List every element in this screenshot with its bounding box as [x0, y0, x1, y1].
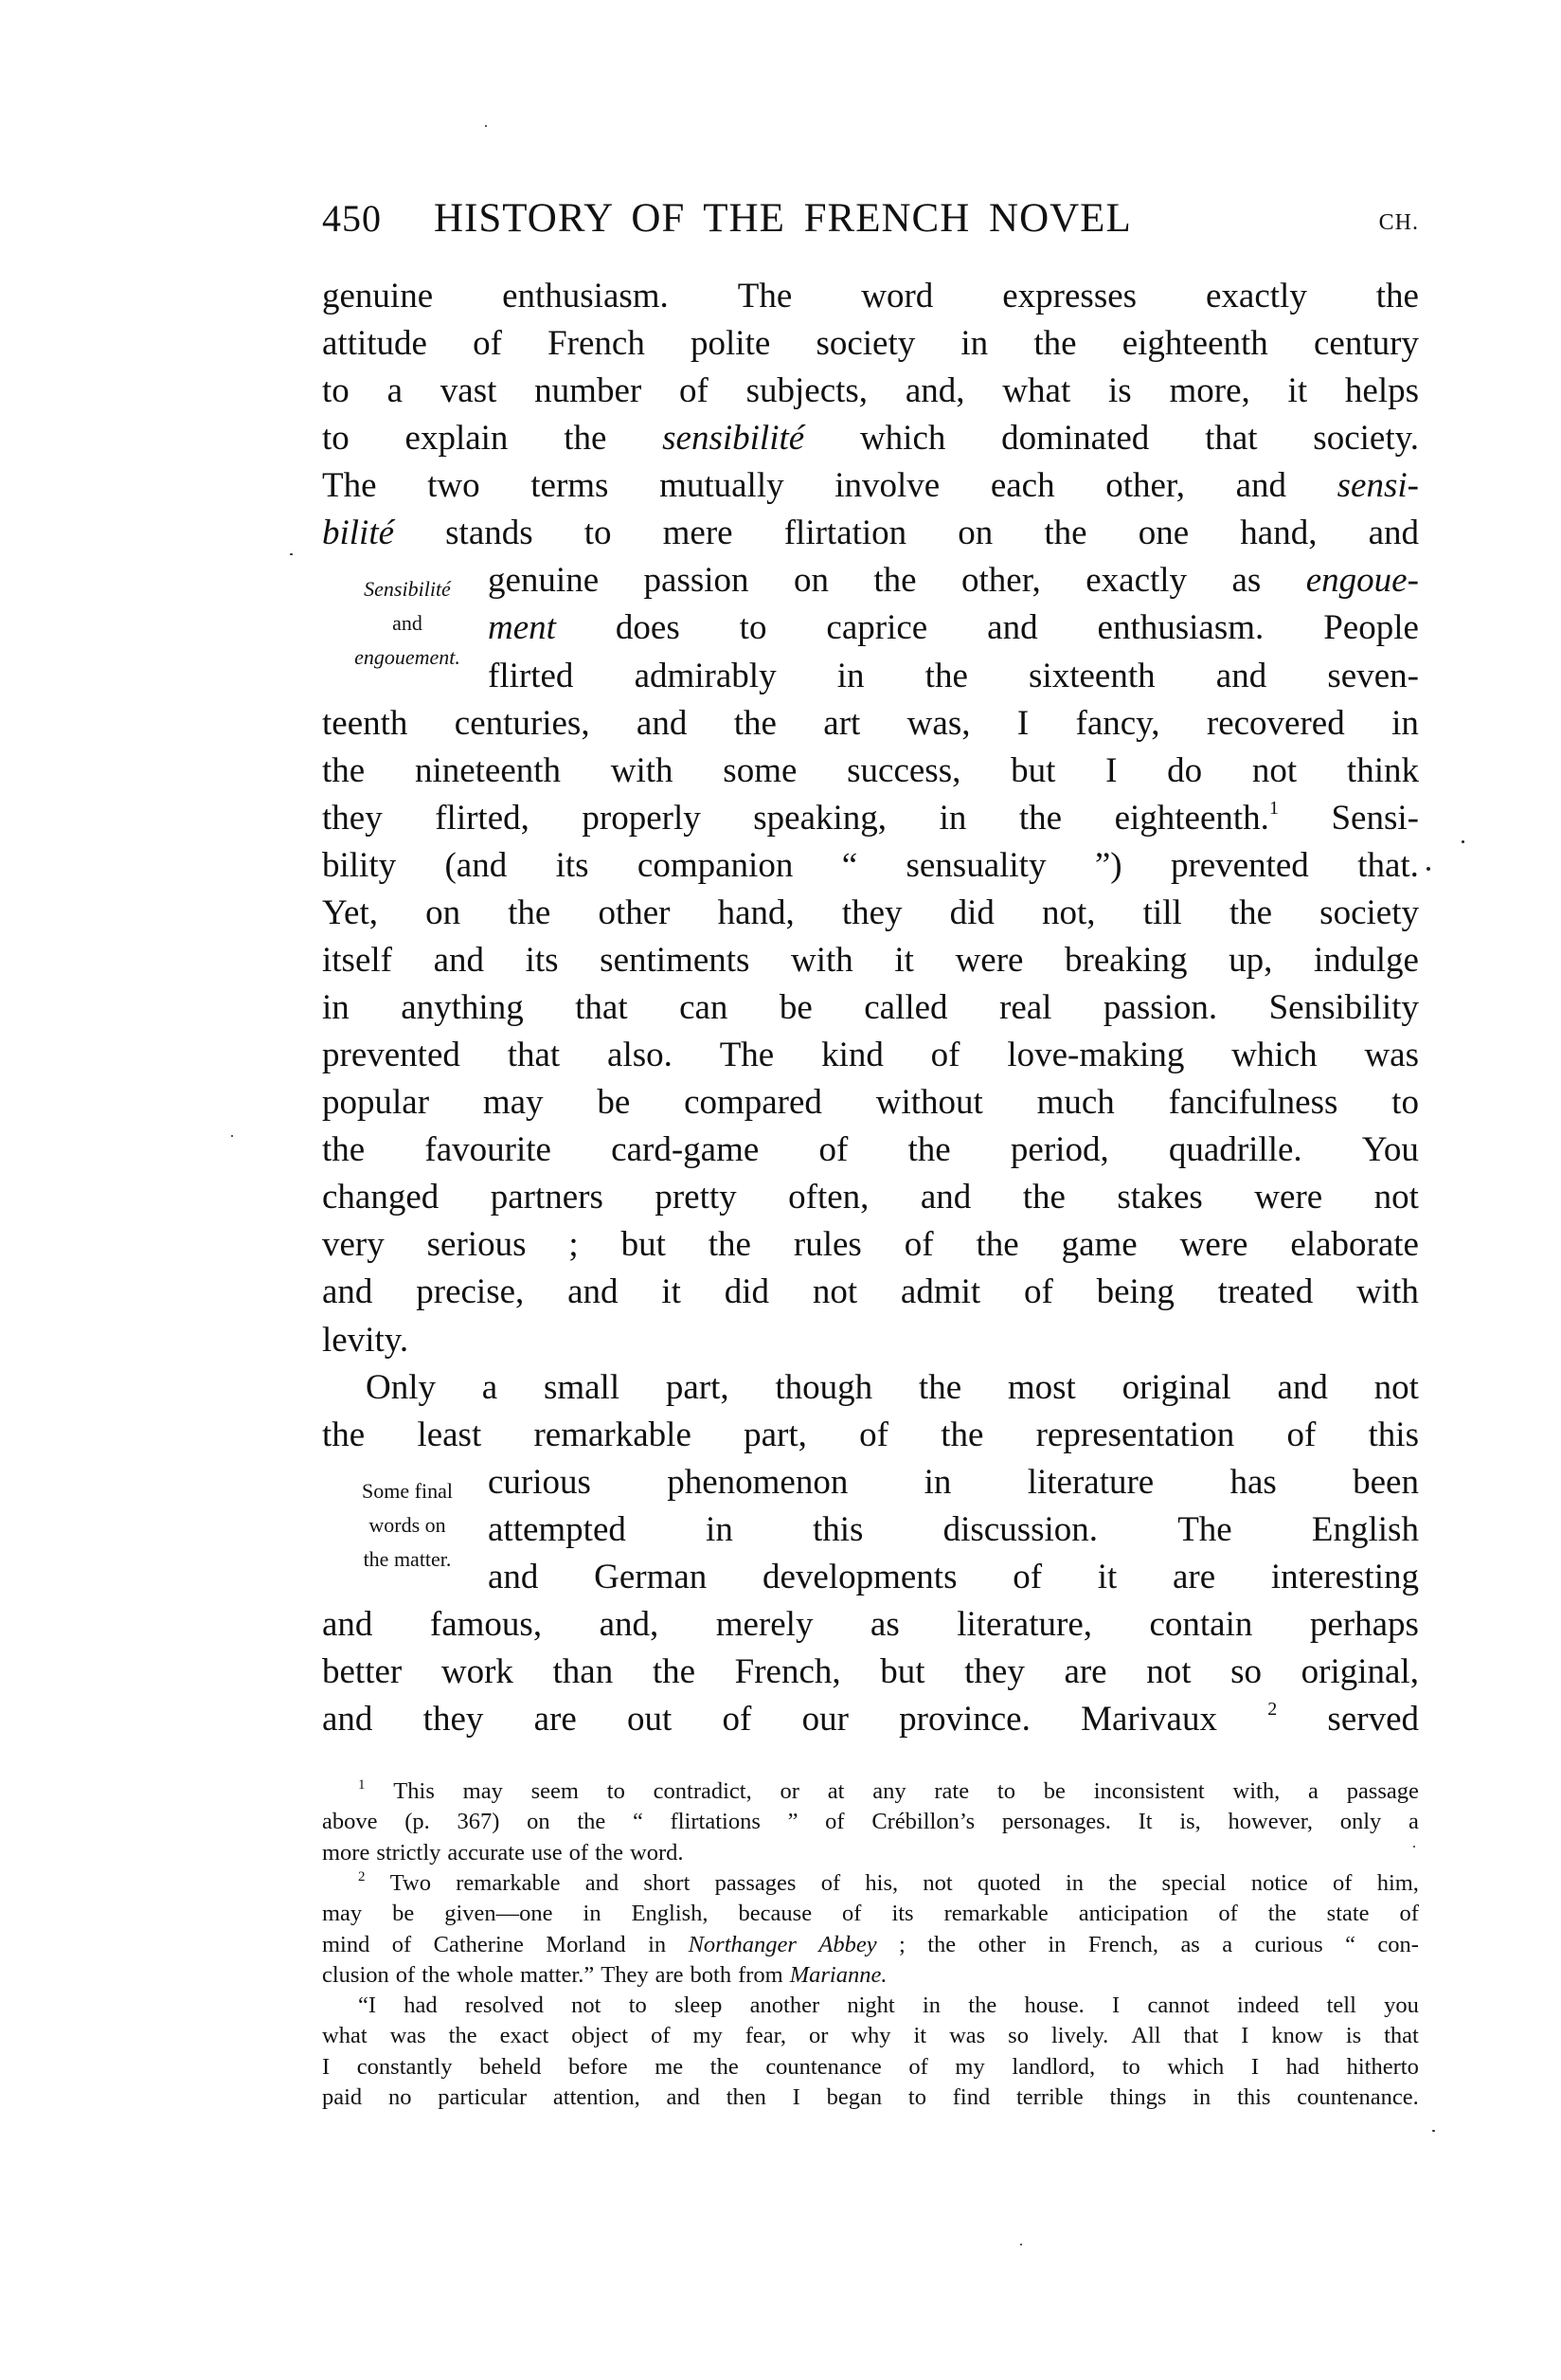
word: and — [667, 2082, 700, 2113]
word: the — [908, 1127, 951, 1174]
word: caprice — [826, 604, 927, 652]
word: properly — [582, 795, 700, 842]
word: and — [585, 1868, 619, 1899]
word: of — [1024, 1269, 1053, 1316]
body-line: theleastremarkablepart,oftherepresentati… — [322, 1412, 1419, 1459]
word: which — [1231, 1032, 1317, 1079]
footnote-reference[interactable]: 1 — [1269, 798, 1279, 819]
word: lively. — [1051, 2021, 1108, 2051]
word: the — [564, 415, 606, 462]
word: above — [322, 1807, 378, 1837]
word: most — [1008, 1364, 1076, 1412]
body-line: itselfanditssentimentswithitwerebreaking… — [322, 937, 1419, 984]
word: what — [1002, 368, 1070, 415]
word: English — [1312, 1506, 1419, 1554]
word: perhaps — [1310, 1601, 1419, 1649]
word: whole — [457, 1960, 513, 1991]
footnote-line: clusionofthewholematter.”Theyarebothfrom… — [322, 1960, 1419, 1991]
word: the — [968, 1991, 996, 2021]
word: mind — [322, 1930, 369, 1960]
margin-note-line: Sensibilité — [327, 572, 488, 606]
word: number — [534, 368, 641, 415]
word: admit — [901, 1269, 980, 1316]
word: fancifulness — [1169, 1079, 1338, 1127]
word: and — [987, 604, 1037, 652]
word: developments — [763, 1554, 958, 1601]
word: a — [1308, 1776, 1319, 1807]
word: the — [322, 748, 365, 795]
body-line: andprecise,anditdidnotadmitofbeingtreate… — [322, 1269, 1419, 1316]
word: think — [1347, 748, 1419, 795]
word: are — [655, 1960, 684, 1991]
word: in — [837, 653, 865, 700]
margin-note-line: the matter. — [327, 1542, 488, 1577]
word: the — [653, 1649, 695, 1696]
word: be — [392, 1899, 414, 1929]
word: than — [553, 1649, 614, 1696]
word: it — [894, 937, 914, 984]
word: this — [1237, 2082, 1270, 2113]
word: being — [1097, 1269, 1175, 1316]
word: (and — [444, 842, 507, 890]
word: flirted, — [435, 795, 529, 842]
body-line: teenthcenturies,andtheartwas,Ifancy,reco… — [322, 700, 1419, 748]
word: of — [1286, 1412, 1316, 1459]
word: till — [1143, 890, 1182, 937]
word: countenance — [765, 2052, 881, 2082]
word: in — [1391, 700, 1419, 748]
word: that — [1384, 2021, 1419, 2051]
word: Sensibility — [1269, 984, 1419, 1032]
word: be — [780, 984, 813, 1032]
word: The — [1177, 1506, 1232, 1554]
word: indeed — [1237, 1991, 1299, 2021]
word: society. — [1313, 415, 1419, 462]
word: exactly — [1086, 557, 1187, 604]
word: of — [821, 1868, 840, 1899]
word: were — [1254, 1174, 1322, 1221]
word: the — [422, 1960, 450, 1991]
body-line: toexplainthesensibilitéwhichdominatedtha… — [322, 415, 1419, 462]
word: in — [648, 1930, 666, 1960]
word: of — [931, 1032, 960, 1079]
word: card-game — [611, 1127, 759, 1174]
word: and — [567, 1269, 618, 1316]
word: can — [679, 984, 727, 1032]
word: in — [706, 1506, 733, 1554]
word: ” — [788, 1807, 798, 1837]
word: hand, — [718, 890, 795, 937]
body-line: veryserious;buttherulesofthegamewereelab… — [322, 1221, 1419, 1269]
word: to — [584, 510, 612, 557]
body-line: levity. — [322, 1317, 1419, 1364]
word: it — [914, 2021, 927, 2051]
word: the — [941, 1412, 983, 1459]
word: more, — [1169, 368, 1249, 415]
word: of — [396, 1960, 415, 1991]
body-line: toavastnumberofsubjects,and,whatismore,i… — [322, 368, 1419, 415]
word: the — [925, 653, 968, 700]
footnote-line: 1Thismayseemtocontradict,oratanyratetobe… — [358, 1776, 1419, 1807]
word: sensibilité — [662, 415, 804, 462]
word: “ — [842, 842, 857, 890]
word: century — [1314, 320, 1419, 368]
word: of — [1400, 1899, 1419, 1929]
footnote-line: above(p.367)onthe“flirtations”ofCrébillo… — [322, 1807, 1419, 1837]
word: my — [692, 2021, 722, 2051]
word: personages. — [1002, 1807, 1111, 1837]
word: The — [720, 1032, 775, 1079]
word: in — [583, 1899, 601, 1929]
word: representation — [1036, 1412, 1235, 1459]
word: before — [568, 2052, 628, 2082]
word: are — [534, 1696, 577, 1743]
word: me — [655, 2052, 683, 2082]
word: been — [1353, 1459, 1419, 1506]
word: and — [921, 1174, 971, 1221]
word: matter.” — [520, 1960, 594, 1991]
word: out — [627, 1696, 672, 1743]
word: province. — [899, 1696, 1031, 1743]
word: which — [1167, 2052, 1224, 2082]
word: in — [1193, 2082, 1211, 2113]
body-line: bilitéstandstomereflirtationontheonehand… — [322, 510, 1419, 557]
word: polite — [691, 320, 770, 368]
word: particular — [438, 2082, 527, 2113]
word: English, — [632, 1899, 709, 1929]
word: attitude — [322, 320, 427, 368]
word: of — [842, 1899, 861, 1929]
word: one — [1139, 510, 1189, 557]
word: rate — [934, 1776, 969, 1807]
word: treated — [1218, 1269, 1314, 1316]
word: French, — [1088, 1930, 1158, 1960]
word: and, — [906, 368, 965, 415]
word: remarkable — [456, 1868, 560, 1899]
body-line: preventedthatalso.Thekindoflove-makingwh… — [322, 1032, 1419, 1079]
word: ment — [488, 604, 556, 652]
word: not — [1374, 1174, 1419, 1221]
word: sleep — [674, 1991, 722, 2021]
word: a — [1222, 1930, 1232, 1960]
word: the — [1019, 795, 1062, 842]
word: You — [1362, 1127, 1419, 1174]
body-line: Yet,ontheotherhand,theydidnot,tillthesoc… — [322, 890, 1419, 937]
footnote-line: whatwastheexactobjectofmyfear,orwhyitwas… — [322, 2021, 1419, 2051]
word: the — [508, 890, 550, 937]
word: were — [956, 937, 1024, 984]
word: ”) — [1095, 842, 1122, 890]
word: love-making — [1007, 1032, 1184, 1079]
word: him, — [1377, 1868, 1419, 1899]
word: helps — [1345, 368, 1419, 415]
word: is, — [1179, 1807, 1200, 1837]
word: work — [441, 1649, 513, 1696]
word: and — [322, 1601, 372, 1649]
word: of — [723, 1696, 752, 1743]
word: and — [434, 937, 484, 984]
scan-speck — [290, 553, 293, 555]
word: serious — [427, 1221, 527, 1269]
word: original, — [1301, 1649, 1419, 1696]
word: dominated — [1001, 415, 1149, 462]
word: it — [661, 1269, 681, 1316]
word: I — [322, 2052, 330, 2082]
word: be — [1044, 1776, 1066, 1807]
word: itself — [322, 937, 392, 984]
word: society — [1319, 890, 1419, 937]
word: with — [791, 937, 853, 984]
word: to — [1391, 1079, 1419, 1127]
word: period, — [1011, 1127, 1109, 1174]
footnote-line: morestrictlyaccurateuseoftheword. — [322, 1838, 1419, 1868]
word: began — [827, 2082, 883, 2113]
word: cannot — [1147, 1991, 1209, 2021]
body-line: attemptedinthisdiscussion.TheEnglish — [488, 1506, 1419, 1554]
word: and — [1216, 653, 1266, 700]
word: elaborate — [1290, 1221, 1419, 1269]
word: of — [825, 1807, 844, 1837]
word: mutually — [659, 462, 784, 510]
footnote-reference[interactable]: 2 — [358, 1869, 366, 1884]
word: I — [793, 2082, 800, 2113]
word: the — [709, 1221, 751, 1269]
word: enthusiasm. — [502, 273, 669, 320]
word: my — [955, 2052, 984, 2082]
word: this — [1369, 1412, 1419, 1459]
word: of — [569, 1838, 588, 1868]
word: the — [449, 2021, 477, 2051]
word: mere — [663, 510, 733, 557]
word: often, — [788, 1174, 869, 1221]
word: I — [1112, 1991, 1120, 2021]
word: the — [734, 700, 777, 748]
word: partners — [491, 1174, 603, 1221]
word: genuine — [488, 557, 599, 604]
word: not — [813, 1269, 857, 1316]
word: Morland — [546, 1930, 625, 1960]
word: Crébillon’s — [871, 1807, 975, 1837]
word: inconsistent — [1094, 1776, 1205, 1807]
scan-speck — [485, 125, 487, 127]
word: They — [601, 1960, 648, 1991]
word: ; — [568, 1221, 578, 1269]
word: are — [1173, 1554, 1215, 1601]
word: passion. — [1103, 984, 1217, 1032]
word: that — [1184, 2021, 1219, 2051]
word: quadrille. — [1169, 1127, 1302, 1174]
word: given—one — [444, 1899, 552, 1929]
body-line: genuinepassionontheother,exactlyasengoue… — [488, 557, 1419, 604]
word: rules — [794, 1221, 862, 1269]
word: fancy, — [1076, 700, 1160, 748]
word: of — [679, 368, 709, 415]
word: the — [1376, 273, 1419, 320]
chapter-abbreviation: CH. — [1379, 199, 1419, 246]
word: but — [1011, 748, 1055, 795]
word: of — [905, 1221, 934, 1269]
word: part, — [666, 1364, 729, 1412]
word: not — [1146, 1649, 1191, 1696]
word: accurate — [447, 1838, 525, 1868]
body-line: Thetwotermsmutuallyinvolveeachother,ands… — [322, 462, 1419, 510]
word: may — [483, 1079, 544, 1127]
word: recovered — [1207, 700, 1345, 748]
word: this — [813, 1506, 863, 1554]
word: bility — [322, 842, 396, 890]
footnote-reference[interactable]: 1 — [358, 1777, 366, 1793]
word: more — [322, 1838, 369, 1868]
word: and — [322, 1269, 372, 1316]
word: night — [847, 1991, 894, 2021]
word: no — [388, 2082, 412, 2113]
word: why — [851, 2021, 890, 2051]
word: was — [390, 2021, 426, 2051]
word: not — [1374, 1364, 1419, 1412]
word: and — [322, 1696, 372, 1743]
word: least — [417, 1412, 481, 1459]
word: which — [860, 415, 945, 462]
word: favourite — [424, 1127, 551, 1174]
word: of — [392, 1930, 411, 1960]
word: they — [964, 1649, 1025, 1696]
word: not, — [1042, 890, 1096, 937]
word: remarkable — [944, 1899, 1049, 1929]
word: on — [794, 557, 829, 604]
word: from — [738, 1960, 783, 1991]
word: art — [823, 700, 860, 748]
word: its — [891, 1899, 913, 1929]
margin-note-some-final-words: Some final words on the matter. — [327, 1474, 488, 1577]
word: quoted — [978, 1868, 1041, 1899]
word: sensuality — [906, 842, 1046, 890]
body-line: Onlyasmallpart,thoughthemostoriginalandn… — [366, 1364, 1419, 1412]
word: and — [1277, 1364, 1327, 1412]
word: only — [1340, 1807, 1382, 1837]
word: constantly — [357, 2052, 453, 2082]
word: called — [864, 984, 947, 1032]
body-line: genuineenthusiasm.Thewordexpressesexactl… — [322, 273, 1419, 320]
word: stakes — [1117, 1174, 1202, 1221]
word: a — [1408, 1807, 1419, 1837]
word: with — [1356, 1269, 1419, 1316]
word: or — [780, 1776, 799, 1807]
word: society — [816, 320, 915, 368]
word: it — [1098, 1554, 1118, 1601]
word: notice — [1251, 1868, 1308, 1899]
word: Marianne. — [790, 1960, 888, 1991]
word: with, — [1233, 1776, 1281, 1807]
word: was, — [907, 700, 971, 748]
body-line: andfamous,and,merelyasliterature,contain… — [322, 1601, 1419, 1649]
word: attention, — [553, 2082, 640, 2113]
word: terms — [530, 462, 608, 510]
word: real — [999, 984, 1051, 1032]
word: German — [594, 1554, 707, 1601]
word: 367) — [457, 1807, 499, 1837]
word: both — [691, 1960, 732, 1991]
word: paid — [322, 2082, 362, 2113]
word: The — [322, 462, 377, 510]
word: and — [488, 1554, 538, 1601]
word: to — [908, 2082, 926, 2113]
word: part, — [744, 1412, 807, 1459]
word: Catherine — [434, 1930, 524, 1960]
word: to — [322, 415, 350, 462]
word: hitherto — [1347, 2052, 1419, 2082]
body-line: andtheyareoutofourprovince.Marivaux2serv… — [322, 1696, 1419, 1743]
body-line: curiousphenomenoninliteraturehasbeen — [488, 1459, 1419, 1506]
word: sixteenth — [1029, 653, 1156, 700]
running-head: 450 HISTORY OF THE FRENCH NOVEL CH. — [322, 195, 1419, 243]
word: what — [322, 2021, 368, 2051]
word: had — [1286, 2052, 1319, 2082]
word: to — [322, 368, 350, 415]
word: is — [1346, 2021, 1361, 2051]
word: did — [950, 890, 995, 937]
word: special — [1162, 1868, 1227, 1899]
word: short — [643, 1868, 690, 1899]
word: curious — [488, 1459, 591, 1506]
word: anticipation — [1079, 1899, 1189, 1929]
word: as — [870, 1601, 900, 1649]
word: seem — [531, 1776, 579, 1807]
word: to — [740, 604, 767, 652]
word: the — [1023, 1174, 1066, 1221]
word: nineteenth — [415, 748, 561, 795]
word: in — [1048, 1930, 1066, 1960]
word: centuries, — [455, 700, 590, 748]
word: each — [991, 462, 1055, 510]
word: levity. — [322, 1317, 408, 1364]
footnote-line: Iconstantlybeheldbeforemethecountenanceo… — [322, 2052, 1419, 2082]
word: up, — [1229, 937, 1272, 984]
word: that — [508, 1032, 560, 1079]
word: All — [1131, 2021, 1160, 2051]
word: on — [425, 890, 460, 937]
footnote-reference[interactable]: 2 — [1267, 1699, 1277, 1720]
footnote-line: maybegiven—oneinEnglish,becauseofitsrema… — [322, 1899, 1419, 1929]
word: served — [1327, 1696, 1419, 1743]
word: or — [809, 2021, 828, 2051]
word: to — [1122, 2052, 1140, 2082]
word: the — [322, 1412, 365, 1459]
word: in — [960, 320, 988, 368]
word: famous, — [430, 1601, 542, 1649]
word: in — [923, 1991, 941, 2021]
word: very — [322, 1221, 385, 1269]
word: I — [1251, 2052, 1259, 2082]
word: Only — [366, 1364, 436, 1412]
word: you — [1384, 1991, 1419, 2021]
word: without — [876, 1079, 983, 1127]
word: the — [1229, 890, 1272, 937]
word: and, — [600, 1601, 659, 1649]
word: his, — [865, 1868, 898, 1899]
body-line: changedpartnersprettyoften,andthestakesw… — [322, 1174, 1419, 1221]
word: the — [710, 2052, 739, 2082]
word: seven- — [1327, 653, 1419, 700]
word: as — [1180, 1930, 1199, 1960]
word: contradict, — [654, 1776, 752, 1807]
body-line: andGermandevelopmentsofitareinteresting — [488, 1554, 1419, 1601]
word: so — [1230, 1649, 1262, 1696]
word: and — [1236, 462, 1286, 510]
word: any — [872, 1776, 906, 1807]
footnote-line: 2Tworemarkableandshortpassagesofhis,notq… — [358, 1868, 1419, 1899]
margin-note-line: Some final — [327, 1474, 488, 1508]
word: phenomenon — [667, 1459, 848, 1506]
